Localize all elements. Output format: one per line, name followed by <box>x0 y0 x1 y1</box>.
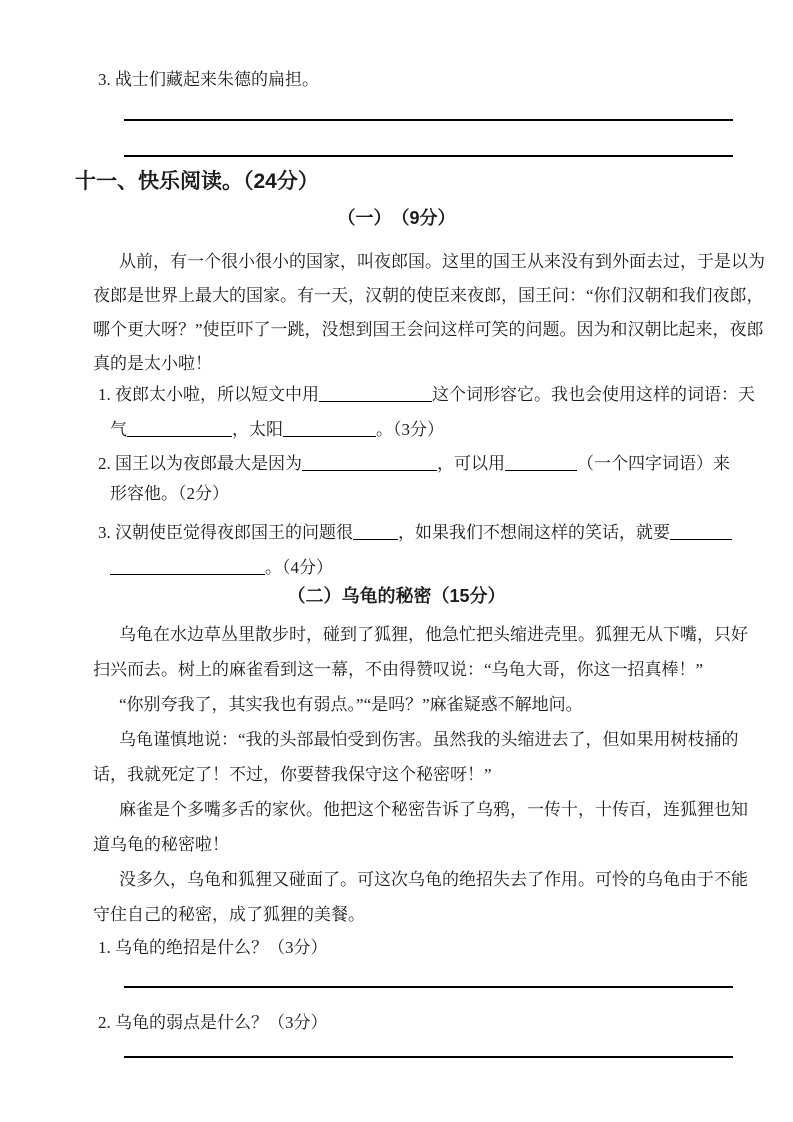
part2-heading: （二）乌龟的秘密（15分） <box>0 584 793 608</box>
answer-line <box>124 155 733 157</box>
passage-line: 话，我就死定了！不过，你要替我保守这个秘密呀！” <box>93 757 739 792</box>
question-text: 这个词形容它。我也会使用这样的词语：天 <box>432 385 755 404</box>
fill-blank <box>302 453 437 471</box>
answer-line <box>124 1056 733 1058</box>
question-text: 。（3分） <box>376 420 444 439</box>
question-text: 。（4分） <box>265 558 333 577</box>
fill-blank <box>319 384 432 402</box>
passage-line: 真的是太小啦！ <box>93 347 739 381</box>
part1-heading: （一） （9分） <box>0 206 793 230</box>
question-text: 1. 夜郎太小啦，所以短文中用 <box>98 385 319 404</box>
fill-blank <box>283 419 376 437</box>
question-text: （一个四字词语）来 <box>577 454 730 473</box>
question-text: 2. 国王以为夜郎最大是因为 <box>98 454 302 473</box>
passage-line: 乌龟谨慎地说：“我的头部最怕受到伤害。虽然我的头缩进去了，但如果用树枝捅的 <box>93 722 739 757</box>
question-text: 形容他。（2分） <box>110 484 229 503</box>
passage-line: 没多久，乌龟和狐狸又碰面了。可这次乌龟的绝招失去了作用。可怜的乌龟由于不能 <box>93 862 739 897</box>
passage-line: 夜郎是世界上最大的国家。有一天，汉朝的使臣来夜郎，国王问：“你们汉朝和我们夜郎， <box>93 279 739 313</box>
fill-blank <box>110 557 265 575</box>
passage-2: 乌龟在水边草丛里散步时，碰到了狐狸，他急忙把头缩进壳里。狐狸无从下嘴，只好 扫兴… <box>93 617 739 932</box>
question-text: ，可以用 <box>437 454 505 473</box>
part1-question-2: 2. 国王以为夜郎最大是因为，可以用（一个四字词语）来 形容他。（2分） <box>98 449 730 509</box>
passage-line: 守住自己的秘密，成了狐狸的美餐。 <box>93 897 739 932</box>
passage-line: 麻雀是个多嘴多舌的家伙。他把这个秘密告诉了乌鸦，一传十，十传百，连狐狸也知 <box>93 792 739 827</box>
part1-question-1: 1. 夜郎太小啦，所以短文中用这个词形容它。我也会使用这样的词语：天 气，太阳。… <box>98 377 755 447</box>
question-text: 3. 汉朝使臣觉得夜郎国王的问题很 <box>98 523 353 542</box>
passage-1: 从前，有一个很小很小的国家，叫夜郎国。这里的国王从来没有到外面去过，于是以为 夜… <box>93 245 739 381</box>
fill-blank <box>505 453 577 471</box>
answer-line <box>124 986 733 988</box>
part2-question-2: 2. 乌龟的弱点是什么？（3分） <box>98 1011 328 1035</box>
passage-line: 乌龟在水边草丛里散步时，碰到了狐狸，他急忙把头缩进壳里。狐狸无从下嘴，只好 <box>93 617 739 652</box>
section-title: 十一、快乐阅读。（24分） <box>75 169 319 195</box>
part2-question-1: 1. 乌龟的绝招是什么？（3分） <box>98 936 328 960</box>
answer-line <box>124 119 733 121</box>
fill-blank <box>670 522 732 540</box>
fill-blank <box>127 419 232 437</box>
exam-page: 3. 战士们藏起来朱德的扁担。 十一、快乐阅读。（24分） （一） （9分） 从… <box>0 0 793 1122</box>
question-text: ，如果我们不想闹这样的笑话，就要 <box>398 523 670 542</box>
passage-line: “你别夸我了，其实我也有弱点。”“是吗？”麻雀疑惑不解地问。 <box>93 687 739 722</box>
passage-line: 道乌龟的秘密啦！ <box>93 827 739 862</box>
passage-line: 哪个更大呀？”使臣吓了一跳，没想到国王会问这样可笑的问题。因为和汉朝比起来，夜郎 <box>93 313 739 347</box>
question-text: 气 <box>110 420 127 439</box>
fill-blank <box>353 522 398 540</box>
part1-question-3: 3. 汉朝使臣觉得夜郎国王的问题很，如果我们不想闹这样的笑话，就要 。（4分） <box>98 515 732 585</box>
exercise-item-3: 3. 战士们藏起来朱德的扁担。 <box>98 68 319 92</box>
question-text: ，太阳 <box>232 420 283 439</box>
passage-line: 从前，有一个很小很小的国家，叫夜郎国。这里的国王从来没有到外面去过，于是以为 <box>93 245 739 279</box>
passage-line: 扫兴而去。树上的麻雀看到这一幕，不由得赞叹说：“乌龟大哥，你这一招真棒！” <box>93 652 739 687</box>
